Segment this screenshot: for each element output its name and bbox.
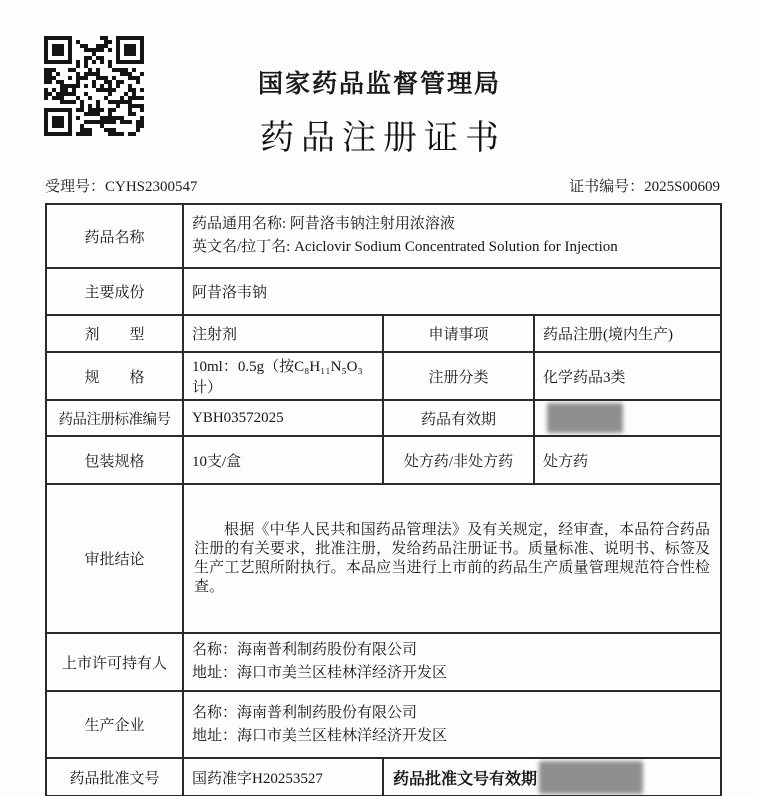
row-approval-conclusion: 审批结论 根据《中华人民共和国药品管理法》及有关规定，经审查，本品符合药品注册的… [46, 484, 721, 633]
field-label-standard-number: 药品注册标准编号 [46, 400, 183, 436]
field-label-main-ingredient: 主要成份 [46, 268, 183, 315]
field-value-standard-number: YBH03572025 [183, 400, 383, 436]
row-manufacturer: 生产企业 名称：海南普利制药股份有限公司 地址：海口市美兰区桂林洋经济开发区 [46, 691, 721, 758]
field-approval-number-validity: 药品批准文号有效期 [383, 758, 721, 796]
redacted-blur-drug-validity [547, 403, 623, 433]
field-value-drug-validity [534, 400, 721, 436]
field-label-package-spec: 包装规格 [46, 436, 183, 484]
field-value-dosage-form: 注射剂 [183, 315, 383, 352]
license-holder-name: 名称：海南普利制药股份有限公司 [192, 639, 712, 662]
field-value-registration-category: 化学药品3类 [534, 352, 721, 400]
drug-generic-name: 药品通用名称: 阿昔洛韦钠注射用浓溶液 [192, 213, 712, 236]
acceptance-number: 受理号：CYHS2300547 [45, 175, 198, 196]
field-label-approval-number: 药品批准文号 [46, 758, 183, 796]
meta-row: 受理号：CYHS2300547 证书编号：2025S00609 [45, 175, 720, 196]
field-value-package-spec: 10支/盒 [183, 436, 383, 484]
row-approval-number: 药品批准文号 国药准字H20253527 药品批准文号有效期 [46, 758, 721, 796]
certificate-page: 国家药品监督管理局 药品注册证书 受理号：CYHS2300547 证书编号：20… [0, 0, 759, 796]
row-main-ingredient: 主要成份 阿昔洛韦钠 [46, 268, 721, 315]
registration-table: 药品名称 药品通用名称: 阿昔洛韦钠注射用浓溶液 英文名/拉丁名: Aciclo… [45, 203, 722, 796]
field-label-drug-name: 药品名称 [46, 204, 183, 268]
field-label-dosage-form: 剂 型 [46, 315, 183, 352]
authority-name: 国家药品监督管理局 [0, 64, 759, 100]
field-label-application-item: 申请事项 [383, 315, 534, 352]
certificate-number-value: 2025S00609 [644, 179, 720, 195]
certificate-number: 证书编号：2025S00609 [569, 175, 720, 196]
row-package-rx: 包装规格 10支/盒 处方药/非处方药 处方药 [46, 436, 721, 484]
manufacturer-name: 名称：海南普利制药股份有限公司 [192, 702, 712, 725]
field-value-approval-number: 国药准字H20253527 [183, 758, 383, 796]
field-value-specification: 10ml：0.5g（按C₈H₁₁N₅O₃计） [183, 352, 383, 400]
row-drug-name: 药品名称 药品通用名称: 阿昔洛韦钠注射用浓溶液 英文名/拉丁名: Aciclo… [46, 204, 721, 268]
field-value-approval-conclusion: 根据《中华人民共和国药品管理法》及有关规定，经审查，本品符合药品注册的有关要求，… [183, 484, 721, 633]
row-dosage-application: 剂 型 注射剂 申请事项 药品注册(境内生产) [46, 315, 721, 352]
manufacturer-address: 地址：海口市美兰区桂林洋经济开发区 [192, 725, 712, 748]
field-label-rx-otc: 处方药/非处方药 [383, 436, 534, 484]
row-standard-validity: 药品注册标准编号 YBH03572025 药品有效期 [46, 400, 721, 436]
field-value-rx-otc: 处方药 [534, 436, 721, 484]
field-label-registration-category: 注册分类 [383, 352, 534, 400]
row-license-holder: 上市许可持有人 名称：海南普利制药股份有限公司 地址：海口市美兰区桂林洋经济开发… [46, 633, 721, 691]
certificate-number-label: 证书编号： [569, 179, 644, 195]
acceptance-value: CYHS2300547 [105, 179, 198, 195]
field-value-license-holder: 名称：海南普利制药股份有限公司 地址：海口市美兰区桂林洋经济开发区 [183, 633, 721, 691]
approval-conclusion-text: 根据《中华人民共和国药品管理法》及有关规定，经审查，本品符合药品注册的有关要求，… [194, 521, 710, 597]
field-value-main-ingredient: 阿昔洛韦钠 [183, 268, 721, 315]
row-spec-category: 规 格 10ml：0.5g（按C₈H₁₁N₅O₃计） 注册分类 化学药品3类 [46, 352, 721, 400]
drug-english-name: 英文名/拉丁名: Aciclovir Sodium Concentrated S… [192, 236, 712, 259]
license-holder-address: 地址：海口市美兰区桂林洋经济开发区 [192, 662, 712, 685]
acceptance-label: 受理号： [45, 179, 105, 195]
field-label-approval-number-validity: 药品批准文号有效期 [393, 766, 537, 789]
field-label-approval-conclusion: 审批结论 [46, 484, 183, 633]
field-label-specification: 规 格 [46, 352, 183, 400]
field-value-application-item: 药品注册(境内生产) [534, 315, 721, 352]
field-label-drug-validity: 药品有效期 [383, 400, 534, 436]
redacted-blur-approval-number-validity [539, 761, 643, 794]
field-value-manufacturer: 名称：海南普利制药股份有限公司 地址：海口市美兰区桂林洋经济开发区 [183, 691, 721, 758]
certificate-title: 药品注册证书 [0, 110, 759, 159]
field-value-drug-name: 药品通用名称: 阿昔洛韦钠注射用浓溶液 英文名/拉丁名: Aciclovir S… [183, 204, 721, 268]
field-label-manufacturer: 生产企业 [46, 691, 183, 758]
field-label-license-holder: 上市许可持有人 [46, 633, 183, 691]
